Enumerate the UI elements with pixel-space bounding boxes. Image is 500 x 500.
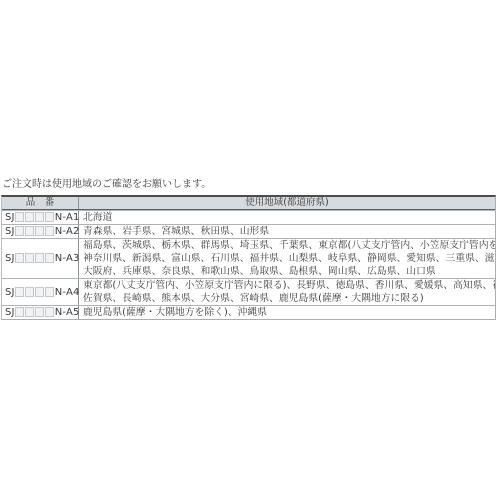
table-row: SJN-A5鹿児島県(薩摩・大隅地方を除く)、沖縄県 bbox=[2, 305, 495, 319]
part-number-code: SJN-A1 bbox=[5, 211, 80, 224]
region-cell: 東京都(八丈支庁管内、小笠原支庁管内に限る)、長野県、徳島県、香川県、愛媛県、高… bbox=[79, 279, 495, 305]
region-cell: 鹿児島県(薩摩・大隅地方を除く)、沖縄県 bbox=[79, 306, 495, 319]
region-line: 青森県、岩手県、宮城県、秋田県、山形県 bbox=[83, 225, 495, 238]
region-line: 佐賀県、長崎県、熊本県、大分県、宮崎県、鹿児島県(薩摩・大隅地方に限る) bbox=[83, 292, 495, 305]
table-body: SJN-A1北海道SJN-A2青森県、岩手県、宮城県、秋田県、山形県SJN-A3… bbox=[2, 210, 495, 319]
code-placeholder-box bbox=[35, 287, 44, 297]
code-placeholder-box bbox=[35, 307, 44, 317]
region-cell: 福島県、茨城県、栃木県、群馬県、埼玉県、千葉県、東京都(八丈支庁管内、小笠原支庁… bbox=[79, 239, 495, 278]
part-number-cell: SJN-A5 bbox=[2, 306, 79, 319]
code-placeholder-box bbox=[35, 226, 44, 236]
code-prefix: SJ bbox=[5, 286, 15, 299]
region-line: 神奈川県、新潟県、富山県、石川県、福井県、山梨県、岐阜県、静岡県、愛知県、三重県… bbox=[83, 252, 495, 265]
part-number-cell: SJN-A2 bbox=[2, 225, 79, 238]
page: { "notice": { "text": "ご注文時は使用地域のご確認をお願い… bbox=[0, 0, 500, 500]
code-suffix: N-A3 bbox=[55, 252, 80, 265]
region-line: 大阪府、兵庫県、奈良県、和歌山県、鳥取県、島根県、岡山県、広島県、山口県 bbox=[83, 265, 495, 278]
usage-region-table: 品 番 使用地域(都道府県) SJN-A1北海道SJN-A2青森県、岩手県、宮城… bbox=[1, 195, 496, 320]
code-suffix: N-A5 bbox=[55, 306, 80, 319]
table-row: SJN-A1北海道 bbox=[2, 210, 495, 224]
code-placeholder-box bbox=[15, 253, 24, 263]
code-placeholder-box bbox=[25, 307, 34, 317]
part-number-code: SJN-A5 bbox=[5, 306, 80, 319]
part-number-cell: SJN-A1 bbox=[2, 211, 79, 224]
table-row: SJN-A2青森県、岩手県、宮城県、秋田県、山形県 bbox=[2, 224, 495, 238]
region-line: 福島県、茨城県、栃木県、群馬県、埼玉県、千葉県、東京都(八丈支庁管内、小笠原支庁… bbox=[83, 239, 495, 252]
code-placeholder-box bbox=[25, 226, 34, 236]
region-line: 東京都(八丈支庁管内、小笠原支庁管内に限る)、長野県、徳島県、香川県、愛媛県、高… bbox=[83, 279, 495, 292]
order-notice-text: ご注文時は使用地域のご確認をお願いします。 bbox=[2, 179, 211, 191]
table-row: SJN-A4東京都(八丈支庁管内、小笠原支庁管内に限る)、長野県、徳島県、香川県… bbox=[2, 278, 495, 305]
code-suffix: N-A1 bbox=[55, 211, 80, 224]
code-suffix: N-A2 bbox=[55, 225, 80, 238]
region-line: 鹿児島県(薩摩・大隅地方を除く)、沖縄県 bbox=[83, 306, 495, 319]
code-placeholder-box bbox=[45, 212, 54, 222]
code-placeholder-box bbox=[15, 307, 24, 317]
part-number-code: SJN-A4 bbox=[5, 286, 80, 299]
part-number-cell: SJN-A3 bbox=[2, 239, 79, 278]
code-placeholder-box bbox=[35, 212, 44, 222]
code-prefix: SJ bbox=[5, 306, 15, 319]
part-number-code: SJN-A3 bbox=[5, 252, 80, 265]
part-number-header: 品 番 bbox=[2, 197, 79, 209]
code-suffix: N-A4 bbox=[55, 286, 80, 299]
code-placeholder-box bbox=[45, 287, 54, 297]
part-number-code: SJN-A2 bbox=[5, 225, 80, 238]
code-placeholder-box bbox=[45, 253, 54, 263]
region-line: 北海道 bbox=[83, 211, 495, 224]
region-cell: 青森県、岩手県、宮城県、秋田県、山形県 bbox=[79, 225, 495, 238]
code-placeholder-box bbox=[35, 253, 44, 263]
code-placeholder-box bbox=[15, 226, 24, 236]
code-prefix: SJ bbox=[5, 252, 15, 265]
code-placeholder-box bbox=[15, 287, 24, 297]
region-cell: 北海道 bbox=[79, 211, 495, 224]
code-prefix: SJ bbox=[5, 225, 15, 238]
table-row: SJN-A3福島県、茨城県、栃木県、群馬県、埼玉県、千葉県、東京都(八丈支庁管内… bbox=[2, 238, 495, 278]
code-placeholder-box bbox=[15, 212, 24, 222]
code-prefix: SJ bbox=[5, 211, 15, 224]
table-header-row: 品 番 使用地域(都道府県) bbox=[2, 197, 495, 210]
usage-region-header: 使用地域(都道府県) bbox=[79, 197, 495, 209]
code-placeholder-box bbox=[25, 253, 34, 263]
code-placeholder-box bbox=[45, 226, 54, 236]
code-placeholder-box bbox=[25, 212, 34, 222]
part-number-cell: SJN-A4 bbox=[2, 279, 79, 305]
code-placeholder-box bbox=[25, 287, 34, 297]
code-placeholder-box bbox=[45, 307, 54, 317]
